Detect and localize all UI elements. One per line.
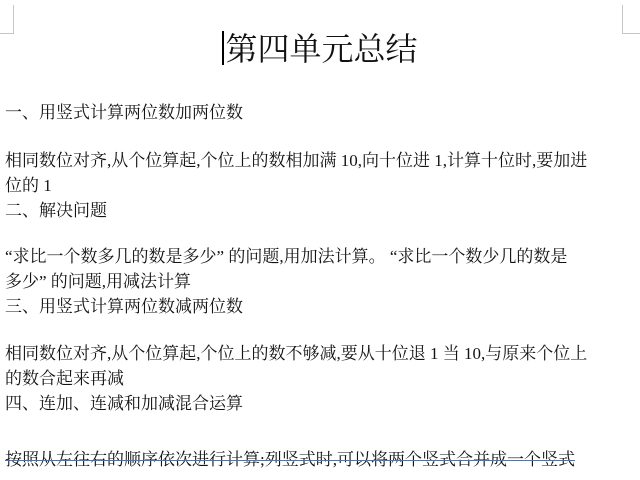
paragraph-compare-problems-line-1[interactable]: “求比一个数多几的数是多少” 的问题,用加法计算。 “求比一个数少几的数是 [5,244,634,269]
document-page: 第四单元总结 一、用竖式计算两位数加两位数 相同数位对齐,从个位算起,个位上的数… [0,0,640,480]
heading-section-four[interactable]: 四、连加、连减和加减混合运算 [5,391,634,416]
document-title-text: 第四单元总结 [225,31,417,67]
heading-section-three[interactable]: 三、用竖式计算两位数减两位数 [5,294,634,319]
paragraph-mixed-operations-strikethrough[interactable]: 按照从左往右的顺序依次进行计算;列竖式时,可以将两个竖式合并成一个竖式 [5,447,634,472]
paragraph-subtraction-rule-line-1[interactable]: 相同数位对齐,从个位算起,个位上的数不够减,要从十位退 1 当 10,与原来个位… [5,341,634,366]
heading-section-two[interactable]: 二、解决问题 [5,198,634,223]
document-title[interactable]: 第四单元总结 [0,28,640,70]
paragraph-compare-problems-line-2[interactable]: 多少” 的问题,用减法计算 [5,269,634,294]
paragraph-addition-rule-line-1[interactable]: 相同数位对齐,从个位算起,个位上的数相加满 10,向十位进 1,计算十位时,要加… [5,148,634,173]
heading-section-one[interactable]: 一、用竖式计算两位数加两位数 [5,100,634,125]
paragraph-subtraction-rule-line-2[interactable]: 的数合起来再减 [5,366,634,391]
paragraph-addition-rule-line-2[interactable]: 位的 1 [5,173,634,198]
